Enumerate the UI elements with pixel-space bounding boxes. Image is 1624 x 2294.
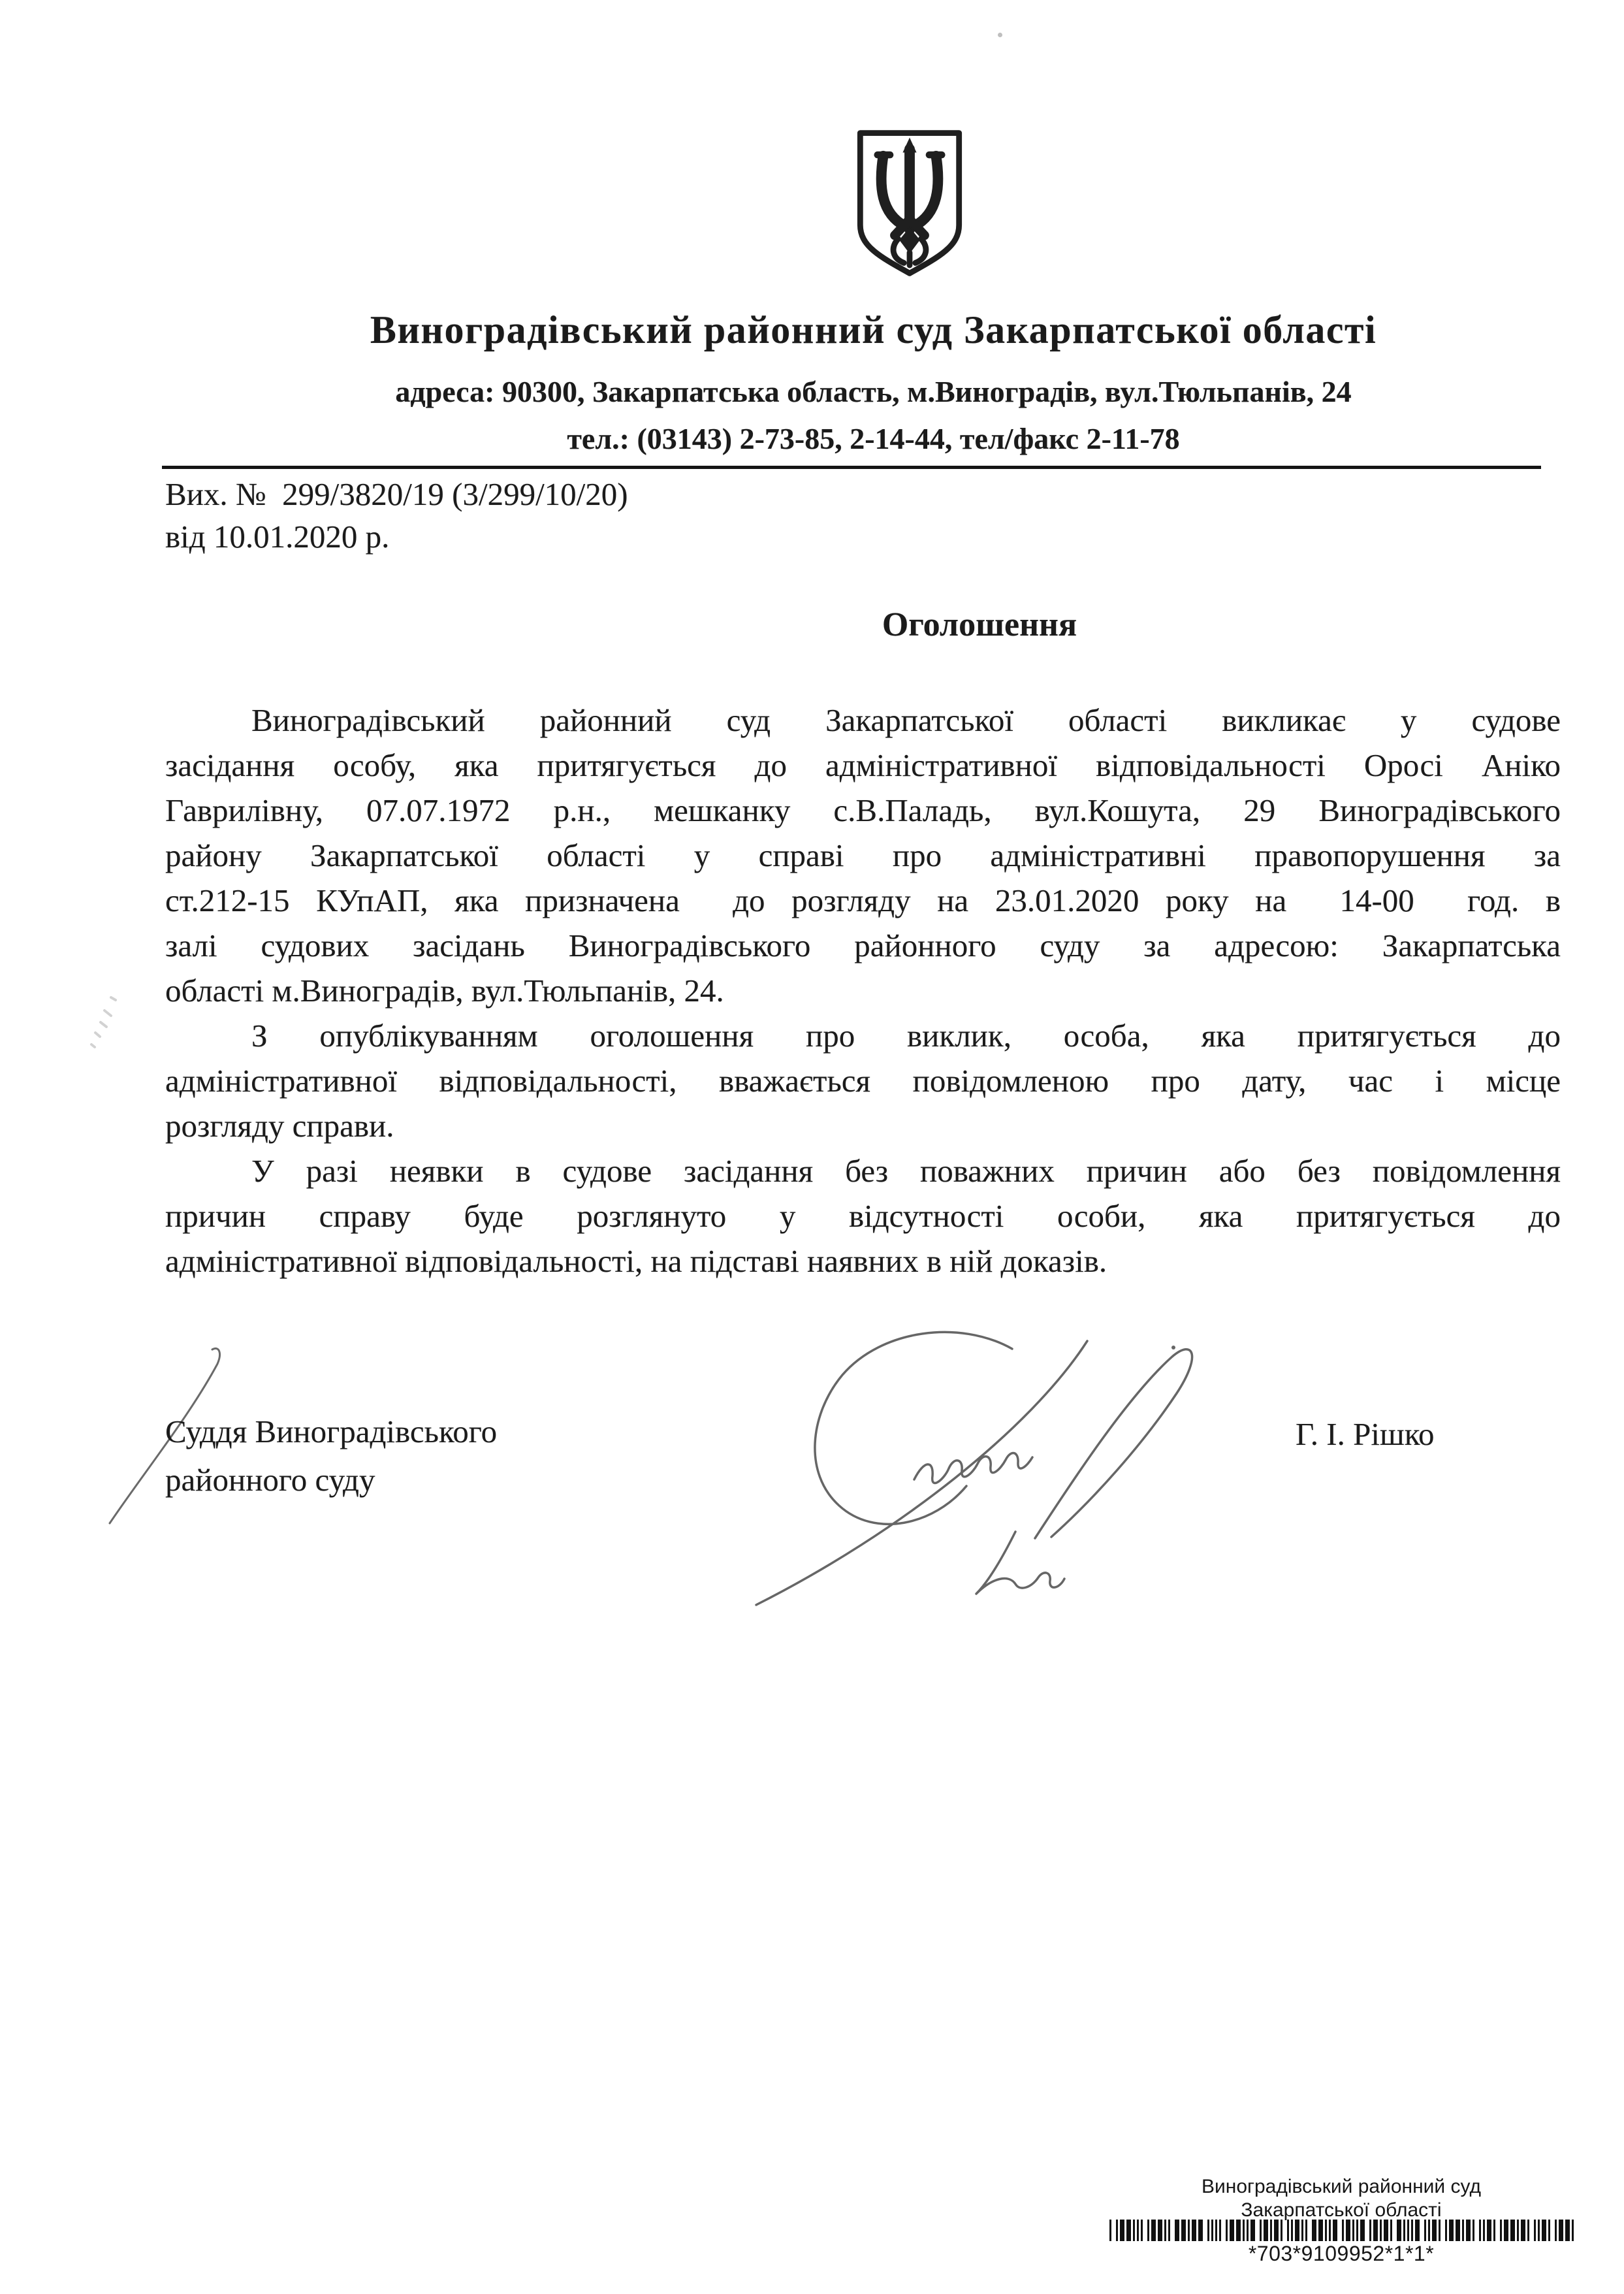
coat-of-arms-trident-icon [852, 128, 967, 278]
body-line: області м.Виноградів, вул.Тюльпанів, 24. [165, 968, 1561, 1013]
scanned-court-document-page: Виноградівський районний суд Закарпатськ… [0, 0, 1624, 2294]
signer-role-line1: Суддя Виноградівського [165, 1412, 497, 1451]
judge-name: Г. І. Рішко [1296, 1415, 1435, 1454]
stamp-court-name: Виноградівський районний суд [1113, 2176, 1570, 2198]
court-phone-line: тел.: (03143) 2-73-85, 2-14-44, тел/факс… [193, 419, 1554, 459]
code39-barcode [1109, 2220, 1574, 2241]
body-line: розгляду справи. [165, 1103, 1561, 1148]
document-date-line: від 10.01.2020 р. [165, 517, 389, 557]
barcode-number: *703*9109952*1*1* [1113, 2242, 1570, 2265]
outgoing-number-line: Вих. № 299/3820/19 (3/299/10/20) [165, 475, 628, 514]
body-line: ст.212-15 КУпАП, яка призначена до розгл… [165, 878, 1561, 923]
scan-speck [998, 33, 1002, 37]
handwritten-signature [686, 1316, 1241, 1643]
body-line: причин справу буде розглянуто у відсутно… [165, 1193, 1561, 1238]
body-line: У разі неявки в судове засідання без пов… [165, 1148, 1561, 1193]
body-line: адміністративної відповідальності, на пі… [165, 1238, 1561, 1284]
court-name-heading: Виноградівський районний суд Закарпатськ… [193, 304, 1554, 355]
scan-smudge [77, 990, 136, 1055]
body-line: залі судових засідань Виноградівського р… [165, 923, 1561, 968]
body-line: З опублікуванням оголошення про виклик, … [165, 1013, 1561, 1058]
document-body: Виноградівський районний суд Закарпатськ… [165, 698, 1561, 1284]
court-address-line: адреса: 90300, Закарпатська область, м.В… [193, 372, 1554, 412]
signer-role-line2: районного суду [165, 1461, 375, 1500]
document-title: Оголошення [810, 604, 1149, 646]
body-line: засідання особу, яка притягується до адм… [165, 743, 1561, 788]
body-line: Виноградівський районний суд Закарпатськ… [165, 698, 1561, 743]
body-line: Гаврилівну, 07.07.1972 р.н., мешканку с.… [165, 788, 1561, 833]
letterhead-divider-line [162, 466, 1541, 469]
body-line: адміністративної відповідальності, вважа… [165, 1058, 1561, 1103]
body-line: району Закарпатської області у справі пр… [165, 833, 1561, 878]
stamp-court-region: Закарпатської області [1113, 2199, 1570, 2221]
